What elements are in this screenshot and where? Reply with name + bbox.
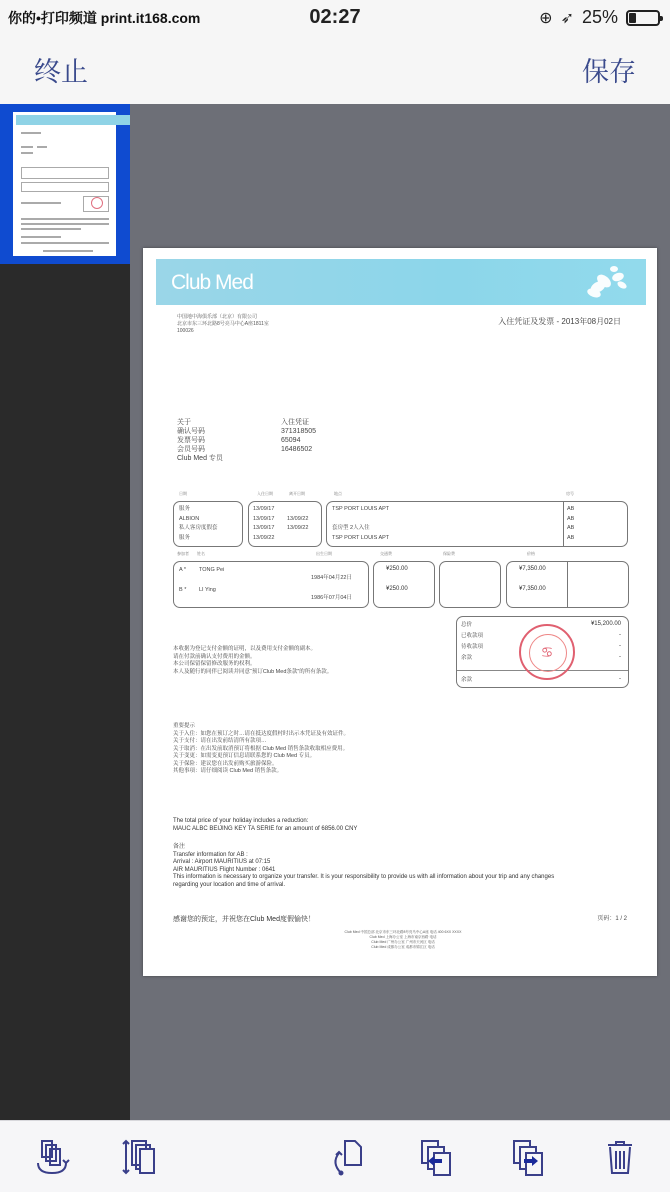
total-label: 余款 — [461, 654, 472, 663]
page-indicator: 页码：1 / 2 — [597, 916, 627, 924]
bottom-toolbar — [0, 1120, 670, 1192]
service-type: 服务 — [179, 534, 190, 543]
total-value: - — [619, 676, 621, 682]
reduction-note: The total price of your holiday includes… — [173, 818, 357, 833]
service-place: 套房型 2人入住 — [332, 524, 370, 533]
page-size-icon[interactable] — [118, 1135, 162, 1179]
guest-marker: A * — [179, 566, 186, 575]
service-type: ALBION — [179, 515, 199, 524]
guest-dob: 1984年04月22日 — [311, 574, 352, 583]
brand-logo: Club Med — [171, 271, 253, 295]
total-value: - — [619, 643, 621, 649]
total-value: - — [619, 654, 621, 660]
service-type: 服务 — [179, 505, 190, 514]
guest-transport: ¥250.00 — [386, 566, 408, 572]
document-title: 入住凭证及发票 - 2013年08月02日 — [498, 316, 621, 327]
transfer-info: 备注 Transfer information for AB : Arrival… — [173, 844, 554, 889]
page-thumbnail-sidebar — [0, 104, 130, 1120]
page-preview-area: Club Med 中国地中海俱乐部（北京）有限公司 北京市东三环北路8号亮马中心… — [130, 104, 670, 1120]
page-footer: Club Med 中国总部 北京市东三环北路8号亮马中心A座 电话 400 6X… — [293, 930, 513, 950]
service-code: AB — [567, 515, 574, 524]
service-checkin: 13/09/17 — [253, 524, 274, 533]
service-checkin: 13/09/17 — [253, 515, 274, 524]
guest-name: TONG Pei — [199, 566, 224, 575]
insurance-box — [439, 561, 501, 608]
service-place: TSP PORT LOUIS APT — [332, 534, 389, 543]
guest-price: ¥7,350.00 — [519, 566, 546, 572]
move-left-icon[interactable] — [414, 1135, 458, 1179]
total-value: - — [619, 632, 621, 638]
guest-price: ¥7,350.00 — [519, 586, 546, 592]
orientation-lock-icon: ⊕ — [539, 8, 552, 28]
page-thumbnail-selected[interactable] — [0, 104, 130, 264]
location-arrow-icon: ➶ — [561, 8, 574, 28]
battery-icon — [626, 10, 660, 26]
booking-info: 关于入住凭证 确认号码371318505 发票号码65094 会员号码16486… — [177, 418, 316, 463]
company-stamp: ♋ — [519, 624, 575, 680]
page-thumbnail[interactable] — [13, 112, 116, 256]
trash-icon[interactable] — [598, 1135, 642, 1179]
total-label: 已收款项 — [461, 632, 483, 641]
total-label: 余款 — [461, 676, 472, 685]
company-address: 中国地中海俱乐部（北京）有限公司 北京市东三环北路8号亮马中心A座1811室 1… — [177, 314, 269, 335]
cancel-button[interactable]: 终止 — [34, 50, 88, 89]
rotate-page-icon[interactable] — [325, 1135, 369, 1179]
status-bar: 你的•打印频道 print.it168.com 02:27 ⊕ ➶ 25% — [0, 0, 670, 34]
total-value: ¥15,200.00 — [591, 621, 621, 627]
service-type: 私人客房度假套 — [179, 524, 218, 533]
header-band: Club Med — [156, 259, 646, 305]
guest-marker: B * — [179, 586, 186, 595]
guest-transport: ¥250.00 — [386, 586, 408, 592]
important-notice: 重要提示 关于入住：如您在预订之时…请在抵达度假村时出示本凭证及有效证件。 关于… — [173, 723, 349, 776]
guest-name: LI Ying — [199, 586, 216, 595]
battery-percent: 25% — [582, 7, 618, 28]
service-checkout: 13/09/22 — [287, 524, 308, 533]
document-page[interactable]: Club Med 中国地中海俱乐部（北京）有限公司 北京市东三环北路8号亮马中心… — [143, 248, 657, 976]
save-button[interactable]: 保存 — [582, 50, 636, 89]
flower-icon — [578, 263, 634, 303]
rotate-pages-icon[interactable] — [30, 1135, 74, 1179]
service-code: AB — [567, 524, 574, 533]
guest-dob: 1986年07月04日 — [311, 594, 352, 603]
thanks-text: 感谢您的预定，并祝您在Club Med度假愉快！ — [173, 916, 315, 924]
service-checkin: 13/09/22 — [253, 534, 274, 543]
service-code: AB — [567, 505, 574, 514]
service-checkout: 13/09/22 — [287, 515, 308, 524]
service-checkin: 13/09/17 — [253, 505, 274, 514]
service-place: TSP PORT LOUIS APT — [332, 505, 389, 514]
total-label: 总价 — [461, 621, 472, 630]
notes-cn: 本收据为登记支付金额的证明，以及费用支付金额的副本。 请在付款前确认支付费用的金… — [173, 646, 332, 676]
total-label: 待收款项 — [461, 643, 483, 652]
move-right-icon[interactable] — [506, 1135, 550, 1179]
service-code: AB — [567, 534, 574, 543]
navigation-bar: 终止 保存 — [0, 34, 670, 104]
